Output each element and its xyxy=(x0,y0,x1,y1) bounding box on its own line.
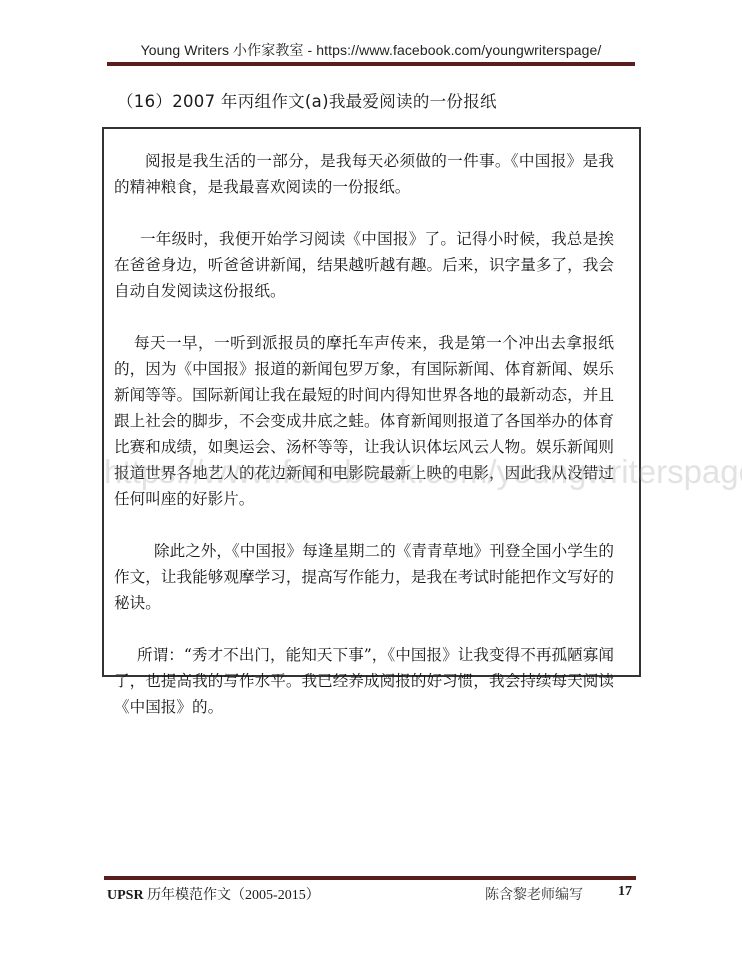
essay-box: 阅报是我生活的一部分，是我每天必须做的一件事。《中国报》是我的精神粮食，是我最喜… xyxy=(102,127,641,677)
page-header: Young Writers 小作家教室 - https://www.facebo… xyxy=(0,40,742,60)
footer-divider xyxy=(104,876,636,880)
footer-book-subtitle: 历年模范作文（2005-2015） xyxy=(144,888,320,903)
essay-paragraph: 除此之外，《中国报》每逢星期二的《青青草地》刊登全国小学生的作文，让我能够观摩学… xyxy=(114,538,614,616)
essay-paragraph: 每天一早，一听到派报员的摩托车声传来，我是第一个冲出去拿报纸的，因为《中国报》报… xyxy=(114,330,614,512)
essay-body: 阅报是我生活的一部分，是我每天必须做的一件事。《中国报》是我的精神粮食，是我最喜… xyxy=(114,148,614,746)
footer-author: 陈含黎老师编写 xyxy=(485,884,583,904)
essay-paragraph: 所谓：“秀才不出门，能知天下事”，《中国报》让我变得不再孤陋寡闻了，也提高我的写… xyxy=(114,642,614,720)
essay-paragraph: 阅报是我生活的一部分，是我每天必须做的一件事。《中国报》是我的精神粮食，是我最喜… xyxy=(114,148,614,200)
header-divider xyxy=(107,62,635,66)
page-number: 17 xyxy=(618,884,632,900)
essay-title: （16）2007 年丙组作文(a)我最爱阅读的一份报纸 xyxy=(117,88,497,112)
footer-book-code: UPSR xyxy=(107,888,144,903)
footer-book-title: UPSR 历年模范作文（2005-2015） xyxy=(107,884,320,904)
essay-paragraph: 一年级时，我便开始学习阅读《中国报》了。记得小时候，我总是挨在爸爸身边，听爸爸讲… xyxy=(114,226,614,304)
